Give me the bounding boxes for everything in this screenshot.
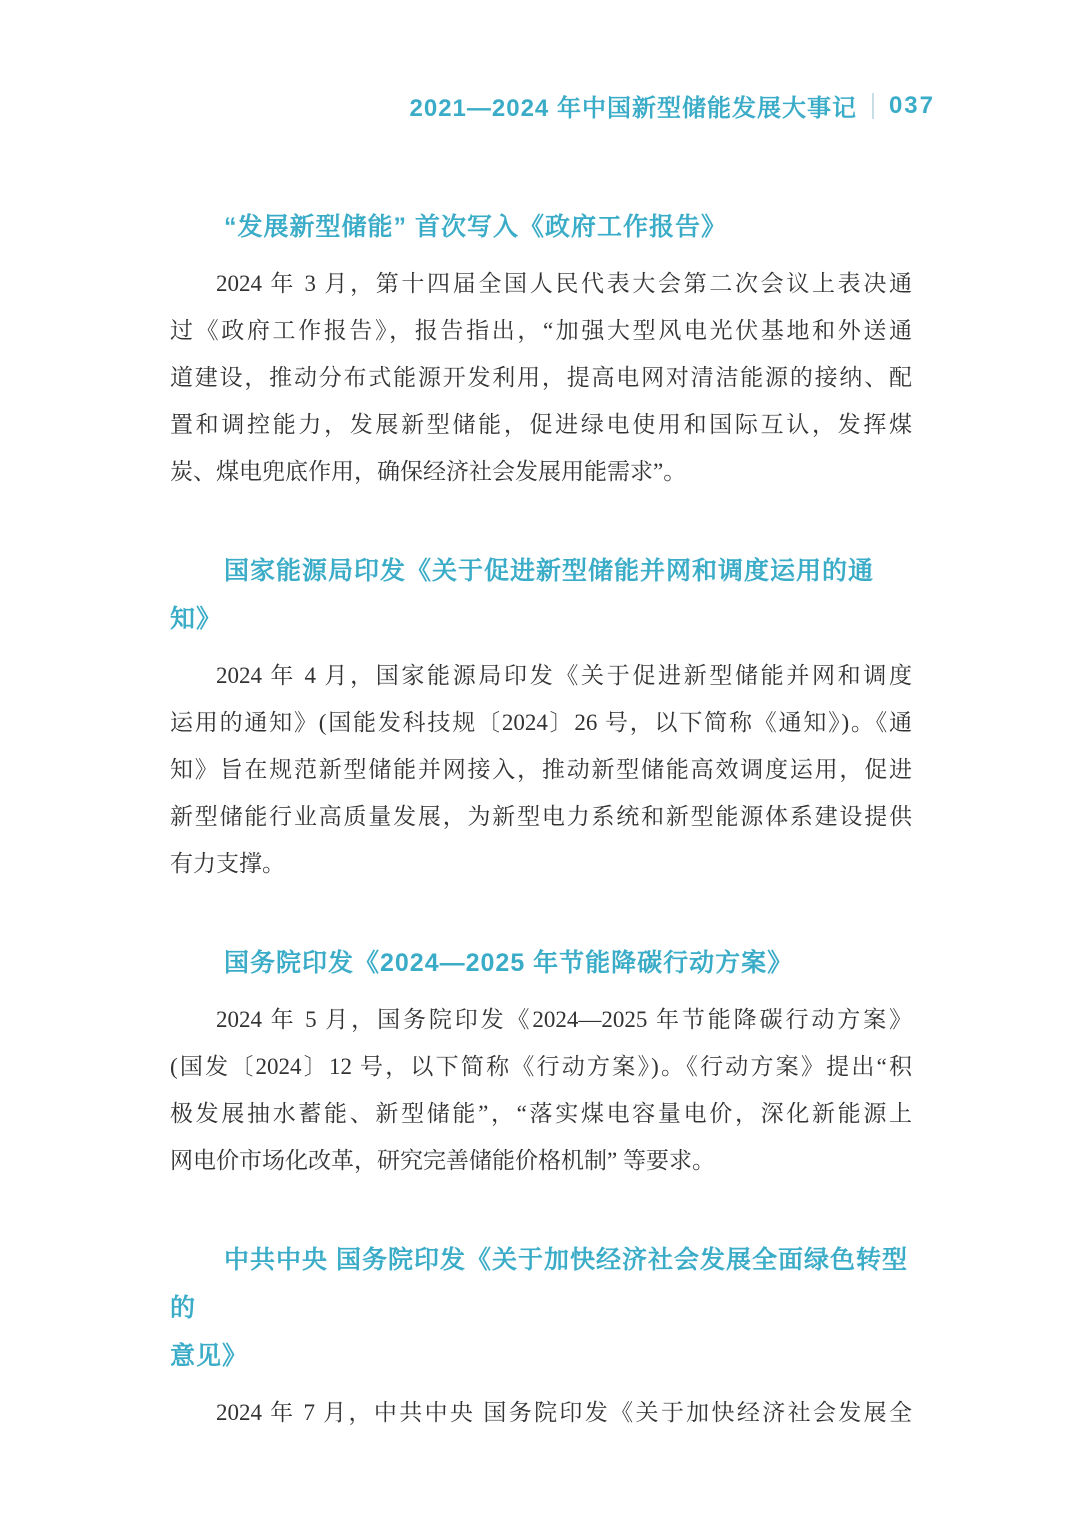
paragraph-line: (国发〔2024〕12 号，以下简称《行动方案》)。《行动方案》提出“积 xyxy=(170,1043,912,1090)
paragraph-line: 2024 年 7 月，中共中央 国务院印发《关于加快经济社会发展全 xyxy=(170,1389,912,1436)
section-heading: 中共中央 国务院印发《关于加快经济社会发展全面绿色转型的 意见》 xyxy=(170,1236,912,1380)
section-paragraph: 2024 年 3 月，第十四届全国人民代表大会第二次会议上表决通 过《政府工作报… xyxy=(170,260,912,495)
paragraph-line: 极发展抽水蓄能、新型储能”，“落实煤电容量电价，深化新能源上 xyxy=(170,1090,912,1137)
section-green-transition-opinion: 中共中央 国务院印发《关于加快经济社会发展全面绿色转型的 意见》 2024 年 … xyxy=(170,1236,912,1436)
header-divider xyxy=(872,93,874,119)
page-number: 037 xyxy=(889,92,935,120)
paragraph-line: 过《政府工作报告》，报告指出，“加强大型风电光伏基地和外送通 xyxy=(170,307,912,354)
paragraph-line: 新型储能行业高质量发展，为新型电力系统和新型能源体系建设提供 xyxy=(170,793,912,840)
section-energy-saving-plan: 国务院印发《2024—2025 年节能降碳行动方案》 2024 年 5 月，国务… xyxy=(170,939,912,1184)
heading-line: 意见》 xyxy=(170,1332,912,1380)
page-content: “发展新型储能” 首次写入《政府工作报告》 2024 年 3 月，第十四届全国人… xyxy=(170,203,912,1436)
heading-line: 中共中央 国务院印发《关于加快经济社会发展全面绿色转型的 xyxy=(170,1236,912,1332)
heading-line: 国家能源局印发《关于促进新型储能并网和调度运用的通知》 xyxy=(170,547,912,643)
heading-line: “发展新型储能” 首次写入《政府工作报告》 xyxy=(170,203,912,251)
paragraph-line: 2024 年 5 月，国务院印发《2024—2025 年节能降碳行动方案》 xyxy=(170,996,912,1043)
paragraph-line: 有力支撑。 xyxy=(170,840,912,887)
header-title: 2021—2024 年中国新型储能发展大事记 xyxy=(410,88,857,123)
paragraph-line: 2024 年 4 月，国家能源局印发《关于促进新型储能并网和调度 xyxy=(170,652,912,699)
paragraph-line: 运用的通知》(国能发科技规〔2024〕26 号，以下简称《通知》)。《通 xyxy=(170,699,912,746)
section-paragraph: 2024 年 4 月，国家能源局印发《关于促进新型储能并网和调度 运用的通知》(… xyxy=(170,652,912,887)
document-page: 2021—2024 年中国新型储能发展大事记 037 “发展新型储能” 首次写入… xyxy=(0,0,1080,1517)
paragraph-line: 置和调控能力，发展新型储能，促进绿电使用和国际互认，发挥煤 xyxy=(170,401,912,448)
section-heading: 国务院印发《2024—2025 年节能降碳行动方案》 xyxy=(170,939,912,987)
section-heading: “发展新型储能” 首次写入《政府工作报告》 xyxy=(170,203,912,251)
paragraph-line: 知》旨在规范新型储能并网接入，推动新型储能高效调度运用，促进 xyxy=(170,746,912,793)
paragraph-line: 炭、煤电兜底作用，确保经济社会发展用能需求”。 xyxy=(170,448,912,495)
section-heading: 国家能源局印发《关于促进新型储能并网和调度运用的通知》 xyxy=(170,547,912,643)
paragraph-line: 道建设，推动分布式能源开发利用，提高电网对清洁能源的接纳、配 xyxy=(170,354,912,401)
paragraph-line: 2024 年 3 月，第十四届全国人民代表大会第二次会议上表决通 xyxy=(170,260,912,307)
section-nea-notice: 国家能源局印发《关于促进新型储能并网和调度运用的通知》 2024 年 4 月，国… xyxy=(170,547,912,887)
heading-line: 国务院印发《2024—2025 年节能降碳行动方案》 xyxy=(170,939,912,987)
section-paragraph: 2024 年 5 月，国务院印发《2024—2025 年节能降碳行动方案》 (国… xyxy=(170,996,912,1184)
paragraph-line: 网电价市场化改革，研究完善储能价格机制” 等要求。 xyxy=(170,1137,912,1184)
section-paragraph: 2024 年 7 月，中共中央 国务院印发《关于加快经济社会发展全 xyxy=(170,1389,912,1436)
running-header: 2021—2024 年中国新型储能发展大事记 037 xyxy=(410,88,936,123)
section-gov-work-report: “发展新型储能” 首次写入《政府工作报告》 2024 年 3 月，第十四届全国人… xyxy=(170,203,912,495)
